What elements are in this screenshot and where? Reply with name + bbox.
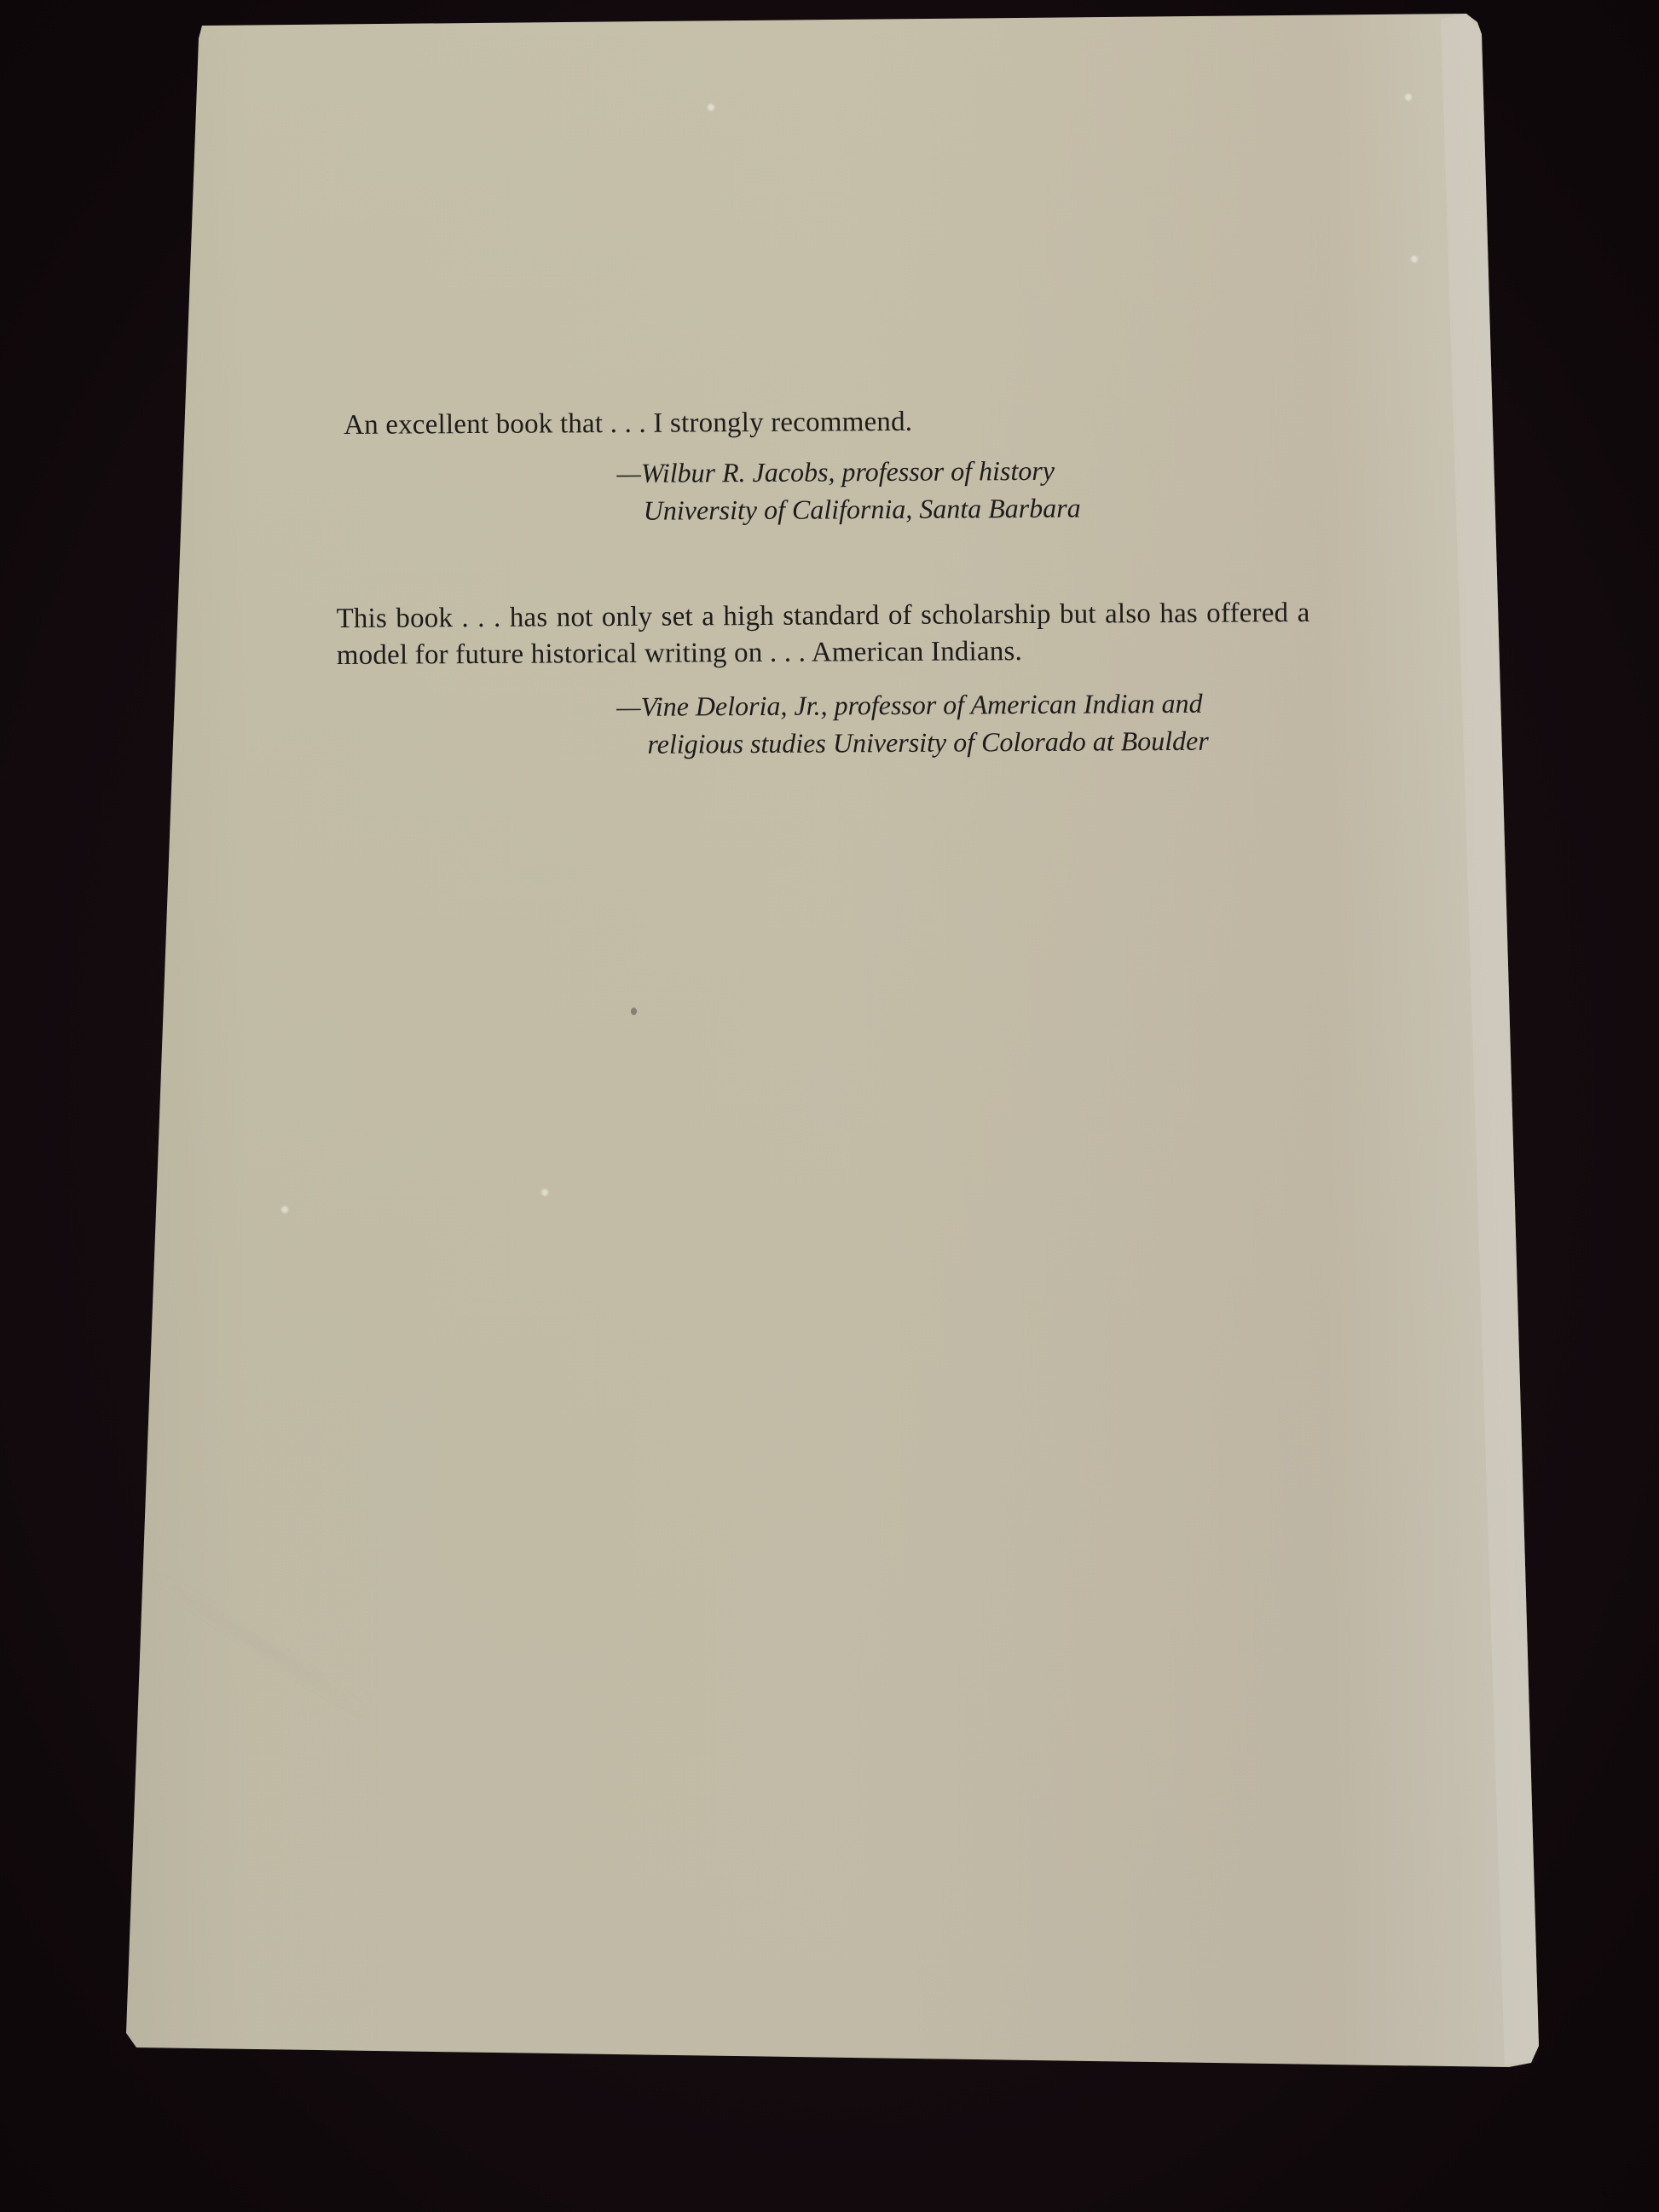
cover-speck	[541, 1189, 548, 1196]
attribution-affiliation: religious studies University of Colorado…	[616, 721, 1310, 763]
book-back-cover	[0, 0, 1659, 2212]
blurb-quote: This book . . . has not only set a high …	[336, 595, 1310, 674]
blurb-deloria: This book . . . has not only set a high …	[336, 595, 1310, 765]
attribution-name: —Vine Deloria, Jr., professor of America…	[616, 688, 1203, 722]
attribution-name: —Wilbur R. Jacobs, professor of history	[616, 455, 1055, 488]
photo-scene: An excellent book that . . . I strongly …	[0, 0, 1659, 2212]
blurb-attribution: —Wilbur R. Jacobs, professor of history …	[335, 450, 1309, 531]
cover-speck	[281, 1206, 288, 1213]
blurb-quote: An excellent book that . . . I strongly …	[335, 401, 1309, 444]
cover-blemish	[631, 1008, 637, 1015]
blurbs: An excellent book that . . . I strongly …	[335, 401, 1311, 765]
attribution-affiliation: University of California, Santa Barbara	[617, 488, 1309, 529]
cover-speck	[1405, 94, 1412, 101]
cover-speck	[708, 104, 714, 111]
cover-speck	[1411, 256, 1418, 263]
blurb-jacobs: An excellent book that . . . I strongly …	[335, 401, 1309, 531]
blurb-attribution: —Vine Deloria, Jr., professor of America…	[337, 684, 1311, 765]
